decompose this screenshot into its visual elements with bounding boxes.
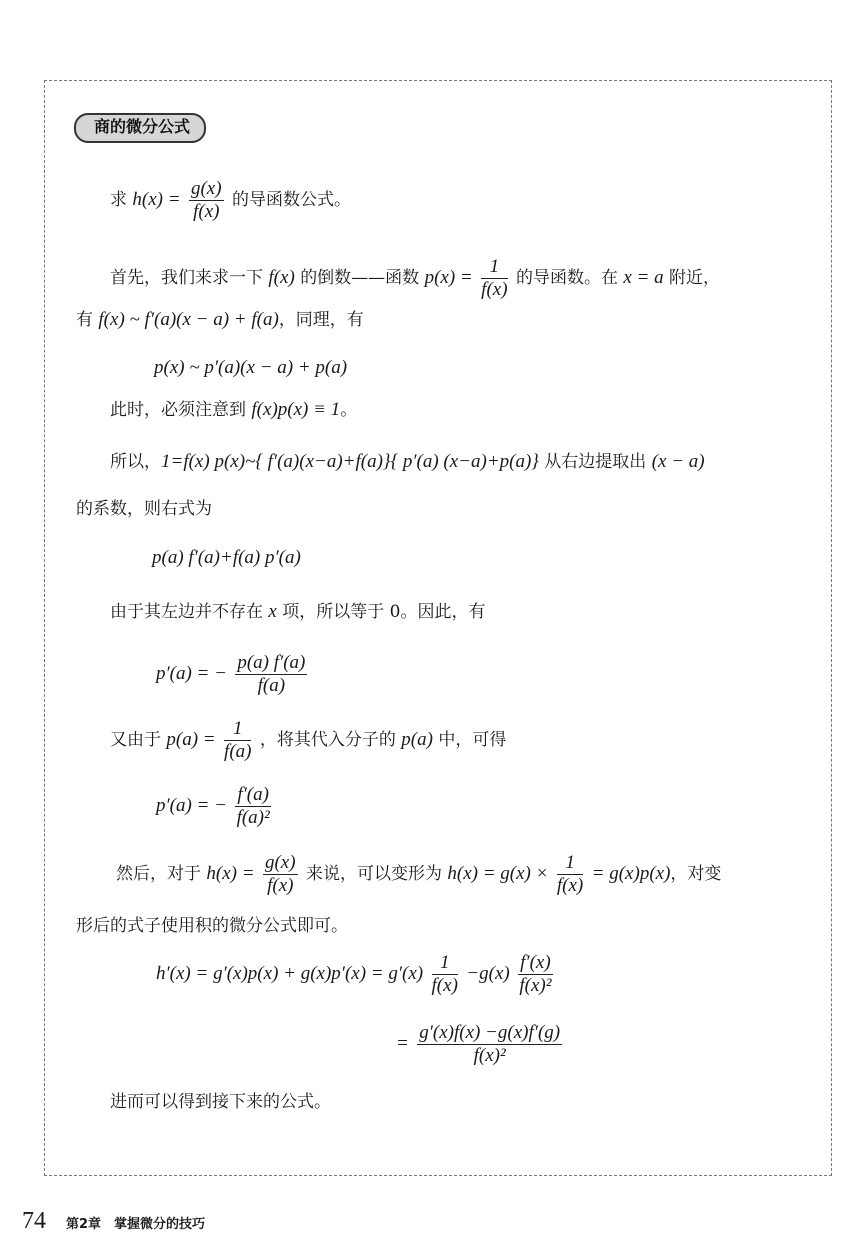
- fraction: 1f(x): [481, 256, 507, 301]
- numerator: f′(x): [518, 952, 553, 975]
- text: 形后的式子使用积的微分公式即可。: [76, 916, 348, 936]
- text: 然后，对于: [116, 864, 201, 884]
- denominator: f(x)²: [518, 975, 553, 997]
- math: p(a) =: [166, 729, 215, 750]
- numerator: 1: [481, 256, 507, 279]
- math: h(x) = g(x) ×: [447, 863, 548, 884]
- math: = g(x)p(x): [592, 863, 671, 884]
- numerator: p(a) f′(a): [235, 652, 307, 675]
- line-16: = g′(x)f(x) −g(x)f′(g)f(x)²: [396, 1022, 565, 1067]
- text: 的倒数——函数: [300, 268, 419, 288]
- denominator: f(a): [235, 675, 307, 697]
- line-13: 然后，对于 h(x) = g(x)f(x) 来说，可以变形为 h(x) = g(…: [116, 852, 721, 897]
- numerator: g′(x)f(x) −g(x)f′(g): [417, 1022, 562, 1045]
- line-5: 此时，必须注意到 f(x)p(x) ≡ 1。: [110, 398, 357, 422]
- math: x = a: [623, 267, 663, 288]
- fraction: g(x)f(x): [263, 852, 298, 897]
- line-4: p(x) ~ p′(a)(x − a) + p(a): [154, 356, 347, 380]
- line-7: 的系数，则右式为: [76, 497, 212, 521]
- fraction: 1f(a): [224, 718, 251, 763]
- math: h(x) =: [132, 189, 180, 210]
- denominator: f(x): [263, 875, 298, 897]
- chapter-title: 第2章 掌握微分的技巧: [66, 1213, 205, 1232]
- numerator: g(x): [263, 852, 298, 875]
- line-12: p′(a) = − f′(a)f(a)²: [156, 784, 274, 829]
- math: p′(a) = −: [156, 795, 227, 816]
- numerator: 1: [557, 852, 583, 875]
- numerator: g(x): [189, 178, 224, 201]
- fraction: 1f(x): [557, 852, 583, 897]
- text: ，同理，有: [279, 310, 364, 330]
- fraction: g(x)f(x): [189, 178, 224, 223]
- content-box: [44, 80, 832, 1176]
- line-8: p(a) f′(a)+f(a) p′(a): [152, 546, 301, 570]
- text: 首先，我们来求一下: [110, 268, 263, 288]
- line-9: 由于其左边并不存在 x 项，所以等于 0。因此，有: [110, 600, 485, 624]
- line-1: 求 h(x) = g(x)f(x) 的导函数公式。: [110, 178, 351, 223]
- denominator: f(x): [557, 875, 583, 897]
- math: x: [268, 601, 276, 622]
- numerator: 1: [224, 718, 251, 741]
- line-11: 又由于 p(a) = 1f(a) ，将其代入分子的 p(a) 中，可得: [110, 718, 506, 763]
- line-6: 所以，1=f(x) p(x)~{ f′(a)(x−a)+f(a)}{ p′(a)…: [110, 450, 705, 474]
- text: 由于其左边并不存在: [110, 602, 263, 622]
- fraction: f′(x)f(x)²: [518, 952, 553, 997]
- text: 。: [340, 400, 357, 420]
- math: 1=f(x) p(x)~{ f′(a)(x−a)+f(a)}{ p′(a) (x…: [161, 451, 539, 472]
- fraction: f′(a)f(a)²: [235, 784, 271, 829]
- math: −g(x): [466, 963, 509, 984]
- math: (x − a): [652, 451, 705, 472]
- text: ，对变: [670, 864, 721, 884]
- denominator: f(a): [224, 741, 251, 763]
- math: h(x) =: [206, 863, 254, 884]
- denominator: f(x)²: [417, 1045, 562, 1067]
- text: 又由于: [110, 730, 161, 750]
- denominator: f(x): [481, 279, 507, 301]
- fraction: p(a) f′(a)f(a): [235, 652, 307, 697]
- text: 此时，必须注意到: [110, 400, 246, 420]
- fraction: g′(x)f(x) −g(x)f′(g)f(x)²: [417, 1022, 562, 1067]
- text: 附近，: [669, 268, 720, 288]
- math: =: [396, 1033, 409, 1054]
- page-number: 74: [22, 1208, 46, 1235]
- text: 项，所以等于 0。因此，有: [282, 602, 485, 622]
- denominator: f(x): [432, 975, 458, 997]
- line-3: 有 f(x) ~ f′(a)(x − a) + f(a)，同理，有: [76, 308, 364, 332]
- text: 所以，: [110, 452, 161, 472]
- line-14: 形后的式子使用积的微分公式即可。: [76, 914, 348, 938]
- math: p(x) =: [425, 267, 473, 288]
- line-10: p′(a) = − p(a) f′(a)f(a): [156, 652, 310, 697]
- text: 从右边提取出: [544, 452, 646, 472]
- text: 的系数，则右式为: [76, 499, 212, 519]
- text: ，将其代入分子的: [260, 730, 396, 750]
- numerator: 1: [432, 952, 458, 975]
- math: f(x) ~ f′(a)(x − a) + f(a): [98, 309, 278, 330]
- line-17: 进而可以得到接下来的公式。: [110, 1090, 331, 1114]
- math: h′(x) = g′(x)p(x) + g(x)p′(x) = g′(x): [156, 963, 423, 984]
- numerator: f′(a): [235, 784, 271, 807]
- math: p′(a) = −: [156, 663, 227, 684]
- fraction: 1f(x): [432, 952, 458, 997]
- math: p(a): [401, 729, 433, 750]
- section-title: 商的微分公式: [74, 113, 206, 143]
- text: 中，可得: [438, 730, 506, 750]
- text: 进而可以得到接下来的公式。: [110, 1092, 331, 1112]
- math: p(a) f′(a)+f(a) p′(a): [152, 547, 301, 568]
- math: f(x)p(x) ≡ 1: [251, 399, 340, 420]
- text: 有: [76, 310, 93, 330]
- denominator: f(a)²: [235, 807, 271, 829]
- line-15: h′(x) = g′(x)p(x) + g(x)p′(x) = g′(x) 1f…: [156, 952, 556, 997]
- math: f(x): [268, 267, 294, 288]
- denominator: f(x): [189, 201, 224, 223]
- text: 的导函数公式。: [232, 190, 351, 210]
- text: 的导函数。在: [516, 268, 618, 288]
- text: 求: [110, 190, 127, 210]
- math: p(x) ~ p′(a)(x − a) + p(a): [154, 357, 347, 378]
- text: 来说，可以变形为: [306, 864, 442, 884]
- line-2: 首先，我们来求一下 f(x) 的倒数——函数 p(x) = 1f(x) 的导函数…: [110, 256, 720, 301]
